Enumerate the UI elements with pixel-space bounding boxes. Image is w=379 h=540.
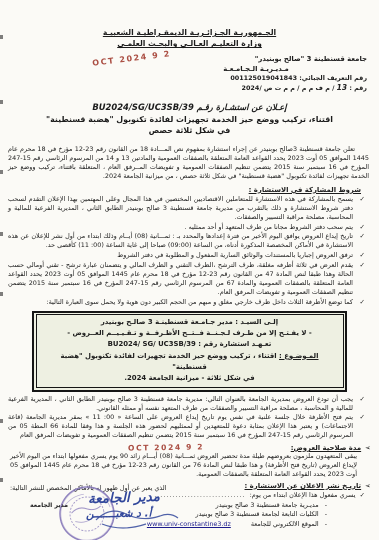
tax-id-line: رقم التعريف الجبائي: 001125019041843: [0, 74, 367, 83]
validity-heading: مدة صلاحية العروض:: [291, 444, 361, 452]
scan-artifact: [0, 170, 3, 174]
dash-bullet-icon: -: [325, 520, 327, 530]
check-bullet-icon: ✓: [357, 395, 365, 413]
check-bullet-icon: ✓: [357, 232, 365, 250]
list-item: ✓ يتم فتح الأظرفة خلال جلسة علنية في نفس…: [8, 413, 365, 440]
signature-zone: مدير الجامعة أ. د شعبـــــــن مدير الجام…: [0, 478, 260, 540]
subject-text: اقتناء ، تركيب ووضع حيز الخدمة تجهيزات ل…: [60, 352, 279, 371]
ministry-title: وزارة التعليـم العـالـي والبحـث العلمـي: [0, 38, 379, 49]
intro-paragraph: تعلن جامعة قسنطينة 3صالح بوبنيدر عن إجرا…: [8, 145, 369, 181]
effective-date-label: يسري مفعول هذا الإعلان ابتداء من يوم:: [250, 491, 356, 500]
envelope-line-budget: في شكل ثلاثة - ميزانية الجامعة 2024.: [43, 373, 337, 384]
list-item: ✓ يقدم العرض في ثلاثة أظرفه مغلقة، ظرف ا…: [8, 261, 365, 297]
printed-signature-title: مدير الجامعة: [30, 502, 68, 509]
list-item: ✓ يسمح بالمشاركة في هذه الاستشارة للمتعا…: [8, 195, 365, 222]
submission-list: ✓ يجب أن تودع العروض بمديرية الجامعة بال…: [8, 395, 365, 440]
university-block: جامعة قسنطينة 3 "صالح بوبنيدر" مـديـريـة…: [0, 54, 367, 94]
ref-prefix: رقم :: [347, 84, 367, 92]
envelope-line-ref: تعـهـد استشارة رقم : BU2024/ SG/ UC3SB/3…: [43, 339, 337, 350]
scanned-document-page: الجـمهوريـة الجـزائـريـة الديمقـراطيـة ا…: [0, 0, 379, 540]
reference-number-line: رقم : 13 / م ف م م / م م ت ص /2024: [0, 83, 367, 94]
check-bullet-icon: ✓: [357, 413, 365, 440]
scan-artifact: [0, 100, 3, 104]
list-item: ✓ كما توضع الأظرفة الثلاث داخل ظرف خارجي…: [8, 298, 365, 307]
scan-artifact: [0, 232, 3, 236]
signature-scribble-icon: [92, 504, 182, 530]
scan-artifact: [0, 35, 3, 39]
check-bullet-icon: ✓: [357, 195, 365, 222]
list-item: ✓ تاريخ إيداع العروض يوافق اليوم الأخير …: [8, 232, 365, 250]
scan-artifact: [0, 292, 3, 296]
list-item: ✓ يتم سحب دفتر الشروط مجانا من طرف المتع…: [8, 223, 365, 232]
title-line3: في شكل ثلاثة حصص: [0, 125, 379, 137]
ref-suffix: / م ف م م / م م ت ص /2024: [242, 84, 337, 92]
dash-bullet-icon: -: [325, 510, 327, 520]
check-bullet-icon: ✓: [357, 261, 365, 297]
title-line2: اقتناء، تركيب ووضع حيز الخدمة تجهيزات لف…: [0, 114, 379, 126]
envelope-line-addressee: إلـى السيـد : مدير جـامـعة قسنطينـة 3 صا…: [43, 317, 337, 328]
subject-label: المـوضـوع :: [279, 352, 318, 360]
envelope-address-box: إلـى السيـد : مدير جـامـعة قسنطينـة 3 صا…: [32, 311, 347, 392]
list-item: ✓ يجب أن تودع العروض بمديرية الجامعة بال…: [8, 395, 365, 413]
university-name: جامعة قسنطينة 3 "صالح بوبنيدر": [0, 54, 367, 64]
scan-artifact: [0, 419, 3, 423]
gov-header: الجـمهوريـة الجـزائـريـة الديمقـراطيـة ا…: [0, 27, 379, 50]
arrow-bullet-icon: ➢: [365, 445, 371, 452]
check-bullet-icon: ✓: [357, 298, 365, 307]
envelope-line-subject: المـوضـوع : اقتناء ، تركيب ووضع حيز الخد…: [43, 351, 337, 373]
validity-paragraph: يبقى المتعهدون ملزمون بعروضهم طيلة مدة ت…: [10, 452, 357, 479]
dash-bullet-icon: -: [325, 501, 327, 511]
arrow-bullet-icon: ➢: [365, 482, 371, 490]
republic-title: الجـمهوريـة الجـزائـريـة الديمقـراطيـة ا…: [0, 27, 379, 38]
list-item: ✓ ترفق العروض إجباريا بالمستندات والوثائ…: [8, 251, 365, 260]
participation-heading: شروط المشاركة في الاستشارة :: [0, 186, 361, 194]
publication-heading: تاريـخ نشر الاعلان عن الاستشارة :: [245, 482, 362, 490]
envelope-line-warning: - لا يفـتـح إلا من طـرف لـجـنــة فــتــح…: [43, 328, 337, 339]
directorate-name: مـديـريـة الـجـامـعـة: [181, 64, 331, 74]
date-stamp-middle: 2 9 OCT 2024: [128, 442, 204, 452]
participation-list: ✓ يسمح بالمشاركة في هذه الاستشارة للمتعا…: [8, 195, 365, 307]
check-bullet-icon: ✓: [357, 223, 365, 232]
envelope-address-inner: إلـى السيـد : مدير جـامـعة قسنطينـة 3 صا…: [36, 314, 344, 388]
ref-handwritten-number: 13: [337, 83, 347, 92]
announcement-title: إعـلان عن استشـارة رقـم BU2024/SG/UC3SB/…: [0, 101, 379, 137]
check-bullet-icon: ✓: [357, 251, 365, 260]
check-bullet-icon: ✓: [360, 491, 365, 500]
title-line1: إعـلان عن استشـارة رقـم BU2024/SG/UC3SB/…: [0, 101, 379, 114]
